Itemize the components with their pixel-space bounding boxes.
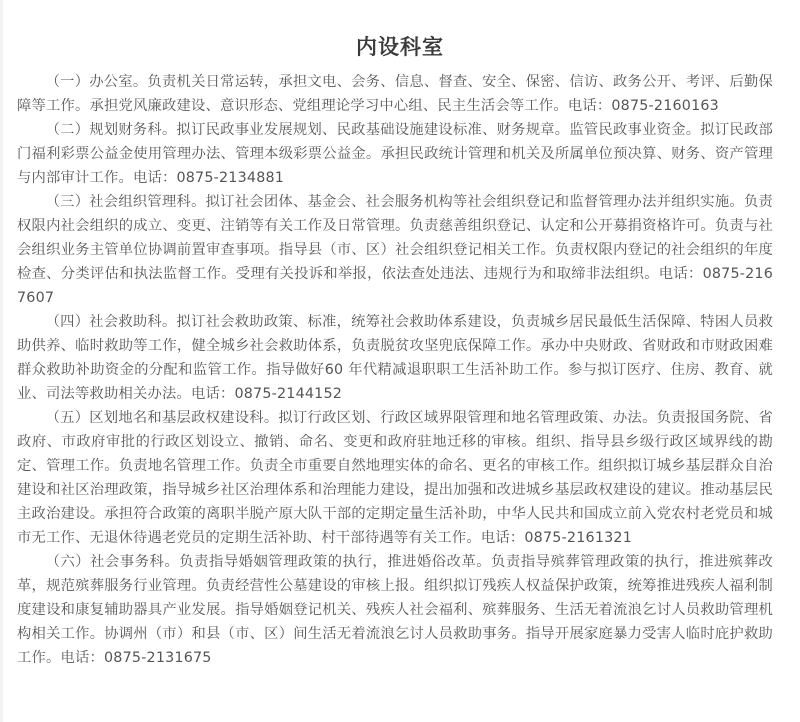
section-social-affairs: （六）社会事务科。负责指导婚姻管理政策的执行，推进婚俗改革。负责指导殡葬管理政策… bbox=[17, 550, 773, 670]
department-list: （一）办公室。负责机关日常运转，承担文电、会务、信息、督查、安全、保密、信访、政… bbox=[17, 70, 773, 670]
section-social-assistance: （四）社会救助科。拟订社会救助政策、标准，统筹社会救助体系建设，负责城乡居民最低… bbox=[17, 310, 773, 406]
section-social-organization: （三）社会组织管理科。拟订社会团体、基金会、社会服务机构等社会组织登记和监督管理… bbox=[17, 190, 773, 310]
section-planning-finance: （二）规划财务科。拟订民政事业发展规划、民政基础设施建设标准、财务规章。监管民政… bbox=[17, 118, 773, 190]
section-administrative-division: （五）区划地名和基层政权建设科。拟订行政区划、行政区域界限管理和地名管理政策、办… bbox=[17, 406, 773, 550]
page-edge-divider bbox=[0, 0, 3, 722]
document-page: 内设科室 （一）办公室。负责机关日常运转，承担文电、会务、信息、督查、安全、保密… bbox=[0, 0, 800, 722]
section-office: （一）办公室。负责机关日常运转，承担文电、会务、信息、督查、安全、保密、信访、政… bbox=[17, 70, 773, 118]
page-title: 内设科室 bbox=[0, 32, 800, 62]
